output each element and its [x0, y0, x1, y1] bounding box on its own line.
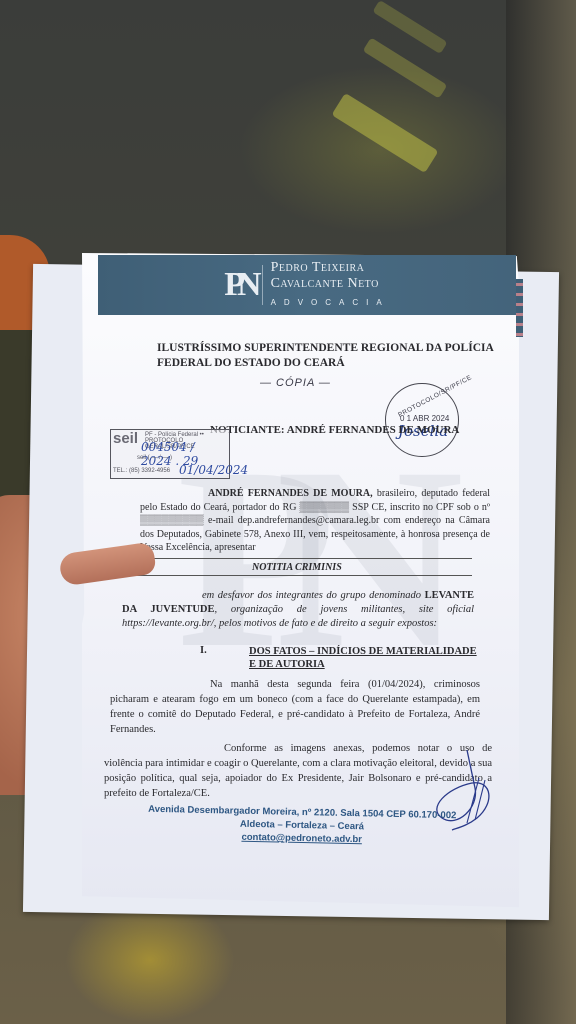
firm-name: Pedro Teixeira Cavalcante Neto ADVOCACIA — [271, 260, 390, 311]
document-type: NOTITIA CRIMINIS — [252, 562, 342, 573]
section-title: DOS FATOS – INDÍCIOS DE MATERIALIDADE E … — [249, 645, 479, 671]
road-marking — [331, 93, 438, 173]
footer: Avenida Desembargador Moreira, nº 2120. … — [142, 803, 463, 849]
firm-name-line2: Cavalcante Neto — [271, 276, 390, 292]
seil-brand: seil — [113, 430, 138, 447]
copy-mark: — CÓPIA — — [260, 377, 331, 389]
firm-tagline: ADVOCACIA — [271, 295, 390, 311]
seil-line: seil ( — / — ) — [137, 455, 172, 461]
notifier: NOTICIANTE: ANDRÉ FERNANDES DE MOURA — [210, 424, 459, 436]
page-edge-strip — [516, 279, 523, 337]
against-paragraph: em desfavor dos integrantes do grupo den… — [122, 589, 474, 631]
section-number: I. — [200, 645, 207, 656]
intro-paragraph: ANDRÉ FERNANDES DE MOURA, brasileiro, de… — [140, 487, 490, 555]
seil-date: 01/04/2024 — [179, 463, 248, 477]
firm-name-line1: Pedro Teixeira — [271, 260, 390, 276]
facts-paragraph: Na manhã desta segunda feira (01/04/2024… — [110, 677, 480, 737]
letterhead: PN Pedro Teixeira Cavalcante Neto ADVOCA… — [98, 255, 516, 315]
logo-monogram-icon: PN — [224, 265, 262, 305]
against-pre: em desfavor dos integrantes do grupo den… — [202, 590, 425, 601]
seil-phone: TEL.: (85) 3392-4956 — [113, 468, 170, 474]
seil-stamp: seil PF - Polícia Federal •• PROTOCOLO G… — [110, 429, 230, 479]
divider — [128, 558, 472, 559]
addressee: ILUSTRÍSSIMO SUPERINTENDENTE REGIONAL DA… — [157, 341, 507, 371]
protocol-stamp: PROTOCOLO/SR/PF/CE 0 1 ABR 2024 Joselia — [385, 383, 459, 457]
divider — [128, 575, 472, 576]
intro-name: ANDRÉ FERNANDES DE MOURA, — [208, 488, 373, 499]
document-page: PN PN Pedro Teixeira Cavalcante Neto ADV… — [82, 253, 519, 908]
